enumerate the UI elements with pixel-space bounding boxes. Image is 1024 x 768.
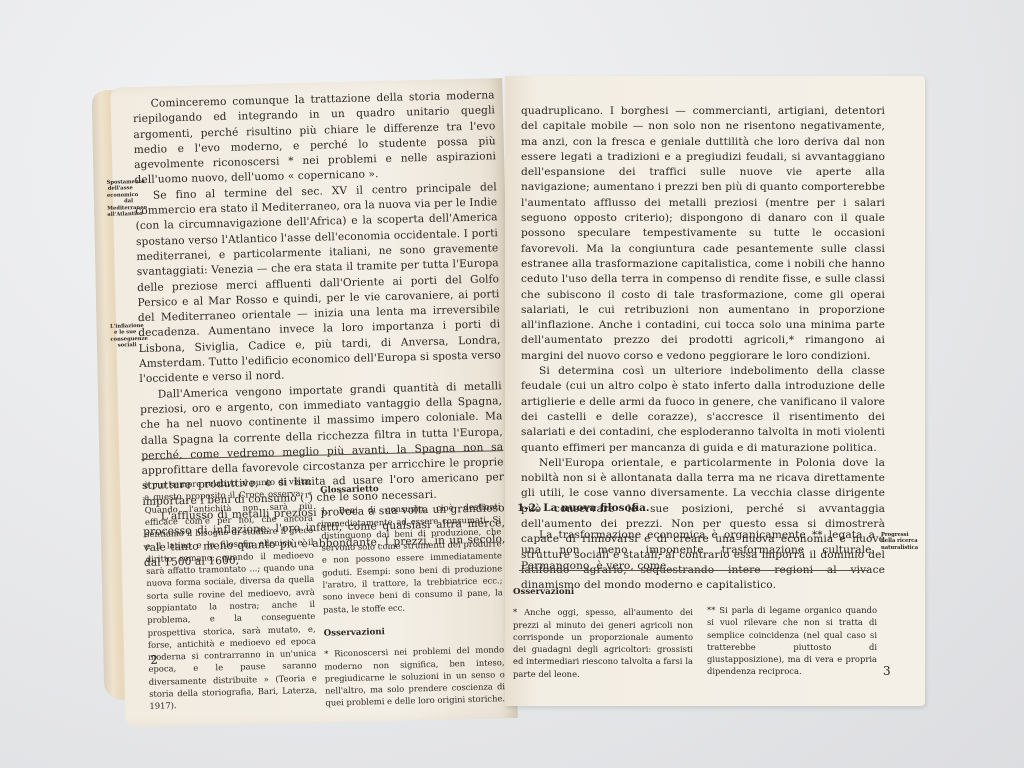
glossary-section: Glossarietto 1. Beni di consumo, cioè de… xyxy=(320,480,505,709)
paragraph: Si determina così un ulteriore indebolim… xyxy=(521,364,885,456)
margin-note-inflation: L'inflazione e le sue conseguenze social… xyxy=(110,323,137,349)
observations-right: ** Si parla di legame organico quando si… xyxy=(707,604,877,678)
margin-note-atlantic: Spostamento dell'asse economico dal Medi… xyxy=(107,179,134,218)
section-text: La trasformazione economica è organicame… xyxy=(521,528,875,574)
page-number-left: 2 xyxy=(150,653,158,667)
observations-text: * Riconoscersi nei problemi del mondo mo… xyxy=(324,643,505,709)
observations-left: Osservazioni * Anche oggi, spesso, all'a… xyxy=(513,586,693,680)
section-title: 1-2. La nuova filosofia. xyxy=(517,502,650,514)
glossary-text: 1. Beni di consumo, cioè destinati immed… xyxy=(321,501,504,616)
paragraph: quadruplicano. I borghesi — commercianti… xyxy=(521,104,885,364)
croce-quote: è pur sempre relativo al punto di vista;… xyxy=(144,475,318,713)
right-page: quadruplicano. I borghesi — commercianti… xyxy=(505,76,925,706)
observations-text: * Anche oggi, spesso, all'aumento dei pr… xyxy=(513,606,693,680)
observations-heading: Osservazioni xyxy=(513,586,693,598)
left-page: Cominceremo comunque la trattazione dell… xyxy=(110,78,518,727)
open-book: Cominceremo comunque la trattazione dell… xyxy=(0,0,1024,768)
observations-text: ** Si parla di legame organico quando si… xyxy=(707,604,877,678)
observations-heading: Osservazioni xyxy=(324,623,504,640)
paragraph: Cominceremo comunque la trattazione dell… xyxy=(133,88,497,189)
paragraph: La trasformazione economica è organicame… xyxy=(521,528,875,574)
page-number-right: 3 xyxy=(883,664,891,678)
margin-note-natural-research: Progressi nella ricerca naturalistica xyxy=(881,532,921,551)
paragraph: Se fino al termine del sec. XV il centro… xyxy=(135,180,502,388)
footnote-divider xyxy=(519,570,869,571)
right-main-text: quadruplicano. I borghesi — commercianti… xyxy=(521,104,885,594)
